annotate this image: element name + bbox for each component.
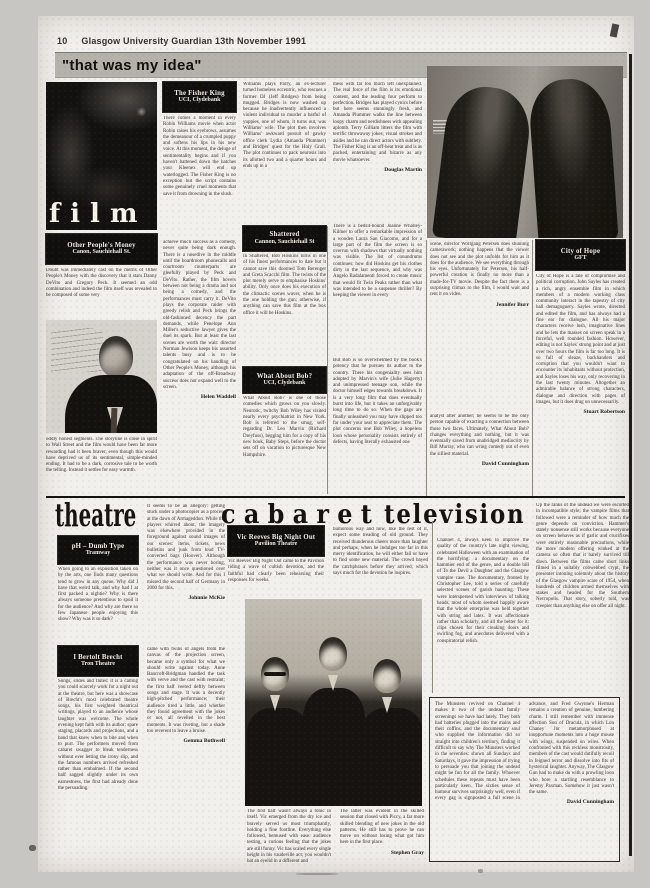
tv-text-col2: Up the ranks of the undead we were escor… [536,503,629,693]
what-about-bob-header: What About Bob? UCI, Clydebank [243,367,326,393]
fisher-king-photo: film [46,82,157,230]
film-section-title: film [49,200,157,228]
tv-boxed-review: The Munsters revived on Channel 4 makes … [429,697,620,862]
fisher-king-text-col3: mess with far too much left unexplained.… [333,82,422,227]
scanned-newspaper-page: 10Glasgow University Guardian 13th Novem… [0,0,650,888]
article-title: What About Bob? [257,373,313,381]
vic-text-col4: The latter was evident in the skilled se… [340,809,424,865]
ph-text-col1: When going to an exposition taken on by … [58,567,138,643]
article-venue: Tramway [86,550,111,557]
byline-stephen-gray: Stephen Gray [340,850,424,856]
television-section-title: television [384,500,525,530]
article-title: Vic Reeves Big Night Out [237,534,316,542]
masthead-title: Glasgow University Guardian 13th Novembe… [81,36,306,46]
shattered-still-photo [427,66,623,238]
article-venue: GFT [574,255,586,262]
column-rule [432,521,433,693]
devito-tie [111,408,118,433]
article-title: City of Hope [561,248,600,256]
byline-helen-waddell: Helen Waddell [163,394,236,400]
article-title: pH – Dumb Type [72,543,125,551]
column-rule [532,240,533,496]
city-of-hope-header: City of Hope GFT [536,240,625,270]
bertolt-brecht-header: I Bertolt Brecht Tron Theatre [58,646,138,676]
paper-sheet: 10Glasgow University Guardian 13th Novem… [38,16,634,872]
opm-text-col1b: oddly honest segments. The storyline is … [46,437,157,495]
vic-reeves-header: Vic Reeves Big Night Out Pavilion Theatr… [228,526,324,556]
devito-photo [46,320,157,433]
figure-left [432,83,535,238]
article-title: I Bertolt Brecht [73,654,122,662]
ph-dumb-type-header: pH – Dumb Type Tramway [58,536,138,564]
tv-text-col1: Channel 4, always keen to improve the qu… [437,538,529,693]
shattered-text-col3: scene, director Wolfgang Petersen does s… [430,242,529,410]
fisher-king-header: The Fisher King UCI, Clydebank [163,82,236,112]
vic-head-1 [261,657,289,691]
shattered-header: Shattered Cannon, Sauchiehall St [243,226,326,251]
opm-text-col2: achieve much success as a comedy, never … [163,240,236,496]
article-venue: UCI, Clydebank [178,97,220,104]
wab-text-col1: What About Bob? is one of those comedies… [243,396,326,496]
article-title: Shattered [270,231,300,239]
vic-head-2 [319,637,347,671]
shattered-text-col2: There is a bedsit-bound Joanne Whalley-K… [333,224,422,355]
scan-speck [29,845,36,851]
article-venue: Tron Theatre [81,661,115,668]
fisher-king-text-col2: Williams plays Parry, an ex-lecturer tur… [243,82,326,223]
figure-right [527,76,619,238]
byline-jennifer-burr: Jennifer Burr [430,302,529,308]
page-number: 10 [57,36,67,46]
vic-reeves-photo [245,599,422,806]
vic-text-col3: The first half wasn't always a tonic in … [247,809,331,867]
column-rule [426,240,427,496]
banner-quote: "that was my idea" [55,58,202,73]
vic-text-col1: Vic Reeves' Big Night Out came to the Pa… [228,559,324,597]
photo-scribble-marks [51,328,103,372]
ph-text-col2: It seems to be an allegory: getting stuc… [147,504,225,644]
devito-head [99,336,133,377]
wab-text-col2: But Bob is so overwhelmed by the book's … [333,358,422,495]
byline-david-cunningham-film: David Cunningham [430,461,529,467]
scan-speck [478,869,483,873]
article-title: The Fisher King [174,90,224,98]
byline-douglas-martin: Douglas Martin [333,167,422,173]
byline-stuart-robertson: Stuart Robertson [536,409,625,415]
column-rule [327,226,328,494]
vic-suit-2 [303,688,365,806]
city-of-hope-text: City of Hope is a tale of compromise and… [536,274,625,495]
glasses [264,672,286,676]
scan-speck [296,873,338,875]
wab-text-col3: analyst after another; he seems to be th… [430,414,529,495]
article-venue: Pavilion Theatre [255,541,298,548]
opm-text-col1a: Doubt was immediately cast on the merits… [46,268,157,318]
shattered-text-col1: In Shattered, Bob Hoskins turns in one o… [243,254,326,364]
brecht-text-col1: Songs, slides and flutes: it is a callin… [58,679,138,866]
masthead: 10Glasgow University Guardian 13th Novem… [57,36,306,46]
scan-page-edge [629,54,632,856]
vic-head-3 [373,659,401,693]
vic-suit-1 [247,708,309,806]
byline-johnnie-mckie: Johnnie McKie [147,595,225,601]
other-peoples-money-header: Other People's Money Canon, Sauchiehall … [46,234,157,264]
byline-david-cunningham-tv: David Cunningham [529,799,614,805]
vic-suit-3 [361,708,422,806]
article-venue: Canon, Sauchiehall St. [72,249,130,256]
article-venue: Cannon, Sauchiehall St [255,239,315,246]
article-venue: UCI, Clydebank [263,380,305,387]
theatre-section-title: theatre [55,498,136,532]
brecht-text-col2: came with twins of angels from the canva… [147,647,225,830]
fisher-king-text-col1: There comes a moment in every Robin Will… [163,116,236,236]
byline-gemma-bothwell: Gemma Bothwell [147,738,225,744]
article-title: Other People's Money [67,242,135,250]
